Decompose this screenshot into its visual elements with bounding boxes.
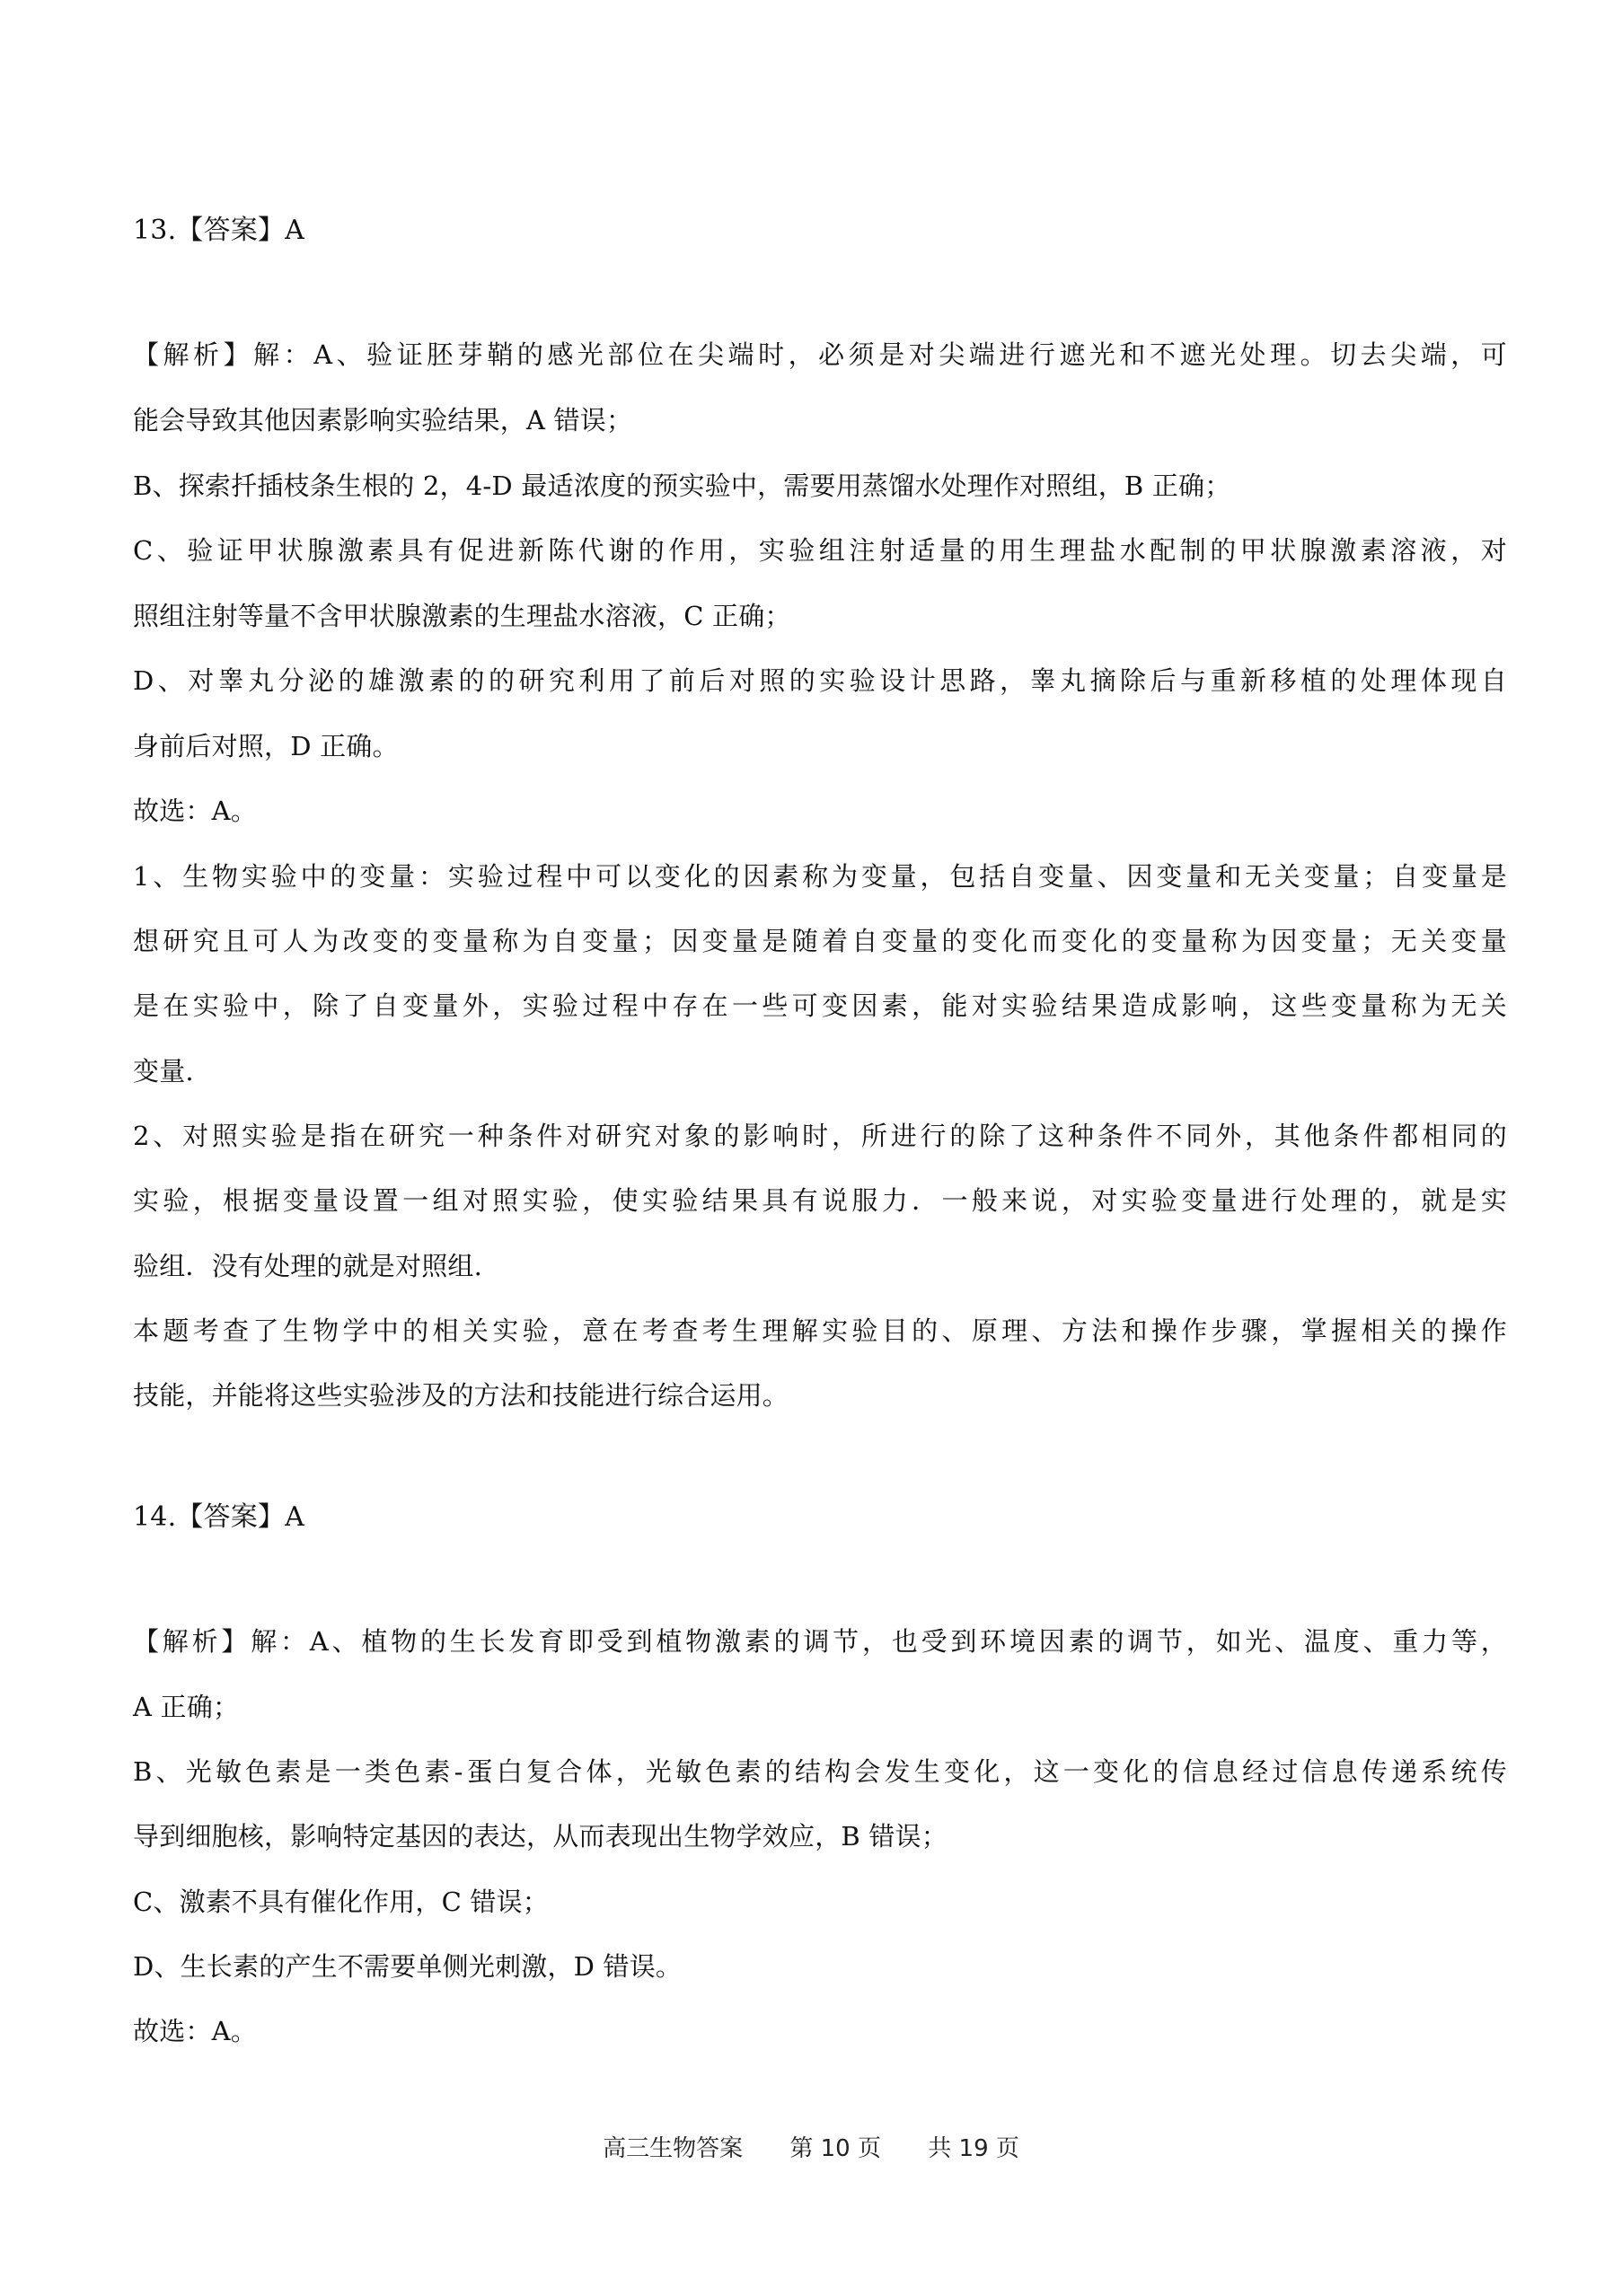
analysis-line: 变量. <box>133 1053 1507 1089</box>
analysis-line: 1、生物实验中的变量：实验过程中可以变化的因素称为变量，包括自变量、因变量和无关… <box>133 858 1507 894</box>
analysis-line: 实验，根据变量设置一组对照实验，使实验结果具有说服力．一般来说，对实验变量进行处… <box>133 1183 1507 1218</box>
analysis-line: B、探索扦插枝条生根的 2，4-D 最适浓度的预实验中，需要用蒸馏水处理作对照组… <box>133 468 1507 504</box>
analysis-line: 能会导致其他因素影响实验结果，A 错误； <box>133 402 1507 438</box>
analysis-line: 2、对照实验是指在研究一种条件对研究对象的影响时，所进行的除了这种条件不同外，其… <box>133 1118 1507 1154</box>
analysis-line: 导到细胞核，影响特定基因的表达，从而表现出生物学效应，B 错误； <box>133 1818 1507 1854</box>
analysis-line: 【解析】解：A、植物的生长发育即受到植物激素的调节，也受到环境因素的调节，如光、… <box>133 1623 1507 1659</box>
analysis-line: 验组．没有处理的就是对照组. <box>133 1248 1507 1284</box>
footer-total-pages: 共 19 页 <box>928 2130 1019 2163</box>
footer-doc-title: 高三生物答案 <box>603 2130 743 2163</box>
conclusion-line: 故选：A。 <box>133 793 1507 829</box>
analysis-line: A 正确； <box>133 1689 1507 1725</box>
analysis-line: D、对睾丸分泌的雄激素的的研究利用了前后对照的实验设计思路，睾丸摘除后与重新移植… <box>133 663 1507 699</box>
analysis-line: 是在实验中，除了自变量外，实验过程中存在一些可变因素，能对实验结果造成影响，这些… <box>133 988 1507 1024</box>
analysis-line: 【解析】解：A、验证胚芽鞘的感光部位在尖端时，必须是对尖端进行遮光和不遮光处理。… <box>133 337 1507 373</box>
analysis-line: 身前后对照，D 正确。 <box>133 728 1507 764</box>
answer-heading: 14.【答案】A <box>133 1500 1507 1535</box>
footer-page-number: 第 10 页 <box>789 2130 881 2163</box>
analysis-line: 想研究且可人为改变的变量称为自变量；因变量是随着自变量的变化而变化的变量称为因变… <box>133 923 1507 959</box>
answer-heading: 13.【答案】A <box>133 213 1507 249</box>
conclusion-line: 故选：A。 <box>133 2013 1507 2049</box>
analysis-line: C、激素不具有催化作用，C 错误； <box>133 1884 1507 1920</box>
analysis-line: 本题考查了生物学中的相关实验，意在考查考生理解实验目的、原理、方法和操作步骤，掌… <box>133 1313 1507 1349</box>
analysis-line: B、光敏色素是一类色素-蛋白复合体，光敏色素的结构会发生变化，这一变化的信息经过… <box>133 1754 1507 1790</box>
analysis-line: D、生长素的产生不需要单侧光刺激，D 错误。 <box>133 1949 1507 1984</box>
analysis-line: 照组注射等量不含甲状腺激素的生理盐水溶液，C 正确； <box>133 598 1507 634</box>
analysis-line: 技能，并能将这些实验涉及的方法和技能进行综合运用。 <box>133 1377 1507 1413</box>
analysis-line: C、验证甲状腺激素具有促进新陈代谢的作用，实验组注射适量的用生理盐水配制的甲状腺… <box>133 532 1507 568</box>
page-footer: 高三生物答案 第 10 页 共 19 页 <box>0 2130 1622 2163</box>
